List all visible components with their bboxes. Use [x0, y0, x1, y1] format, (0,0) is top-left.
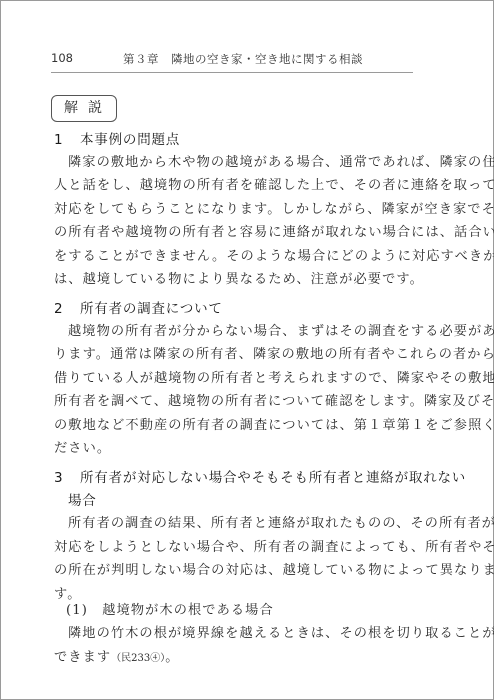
subsection-heading: (1) 越境物が木の根である場合 [66, 601, 274, 621]
statute-citation: （民233④） [111, 653, 165, 664]
section-title: 本事例の問題点 [80, 132, 180, 148]
section-title: 所有者が対応しない場合やそもそも所有者と連絡が取れない [80, 470, 466, 486]
paragraph-line: 隣家の敷地から木や物の越境がある場合、通常であれば、隣家の住 [68, 153, 494, 173]
section-heading-1: 1本事例の問題点 [54, 130, 180, 150]
paragraph-line: ださい。 [54, 439, 111, 459]
paragraph-text: できます [54, 650, 111, 665]
section-heading-2: 2所有者の調査について [54, 299, 223, 319]
subsection-number: (1) [66, 603, 88, 618]
section-number: 3 [54, 468, 80, 488]
section-number: 1 [54, 130, 80, 150]
paragraph-line: の所在が判明しない場合の対応は、越境している物によって異なりま [54, 561, 494, 581]
header-rule [51, 72, 413, 73]
section-heading-3: 3所有者が対応しない場合やそもそも所有者と連絡が取れない [54, 468, 466, 488]
subsection-title: 越境物が木の根である場合 [102, 603, 273, 618]
paragraph-line: 借りている人が越境物の所有者と考えられますので、隣家やその敷地 [54, 369, 494, 389]
page-number: 108 [51, 51, 73, 65]
paragraph-line: 対応をしようとしない場合や、所有者の調査によっても、所有者やそ [54, 538, 494, 558]
paragraph-line: できます（民233④）。 [54, 648, 180, 668]
section-heading-3-continued: 場合 [68, 491, 97, 511]
paragraph-line: 隣地の竹木の根が境界線を越えるときは、その根を切り取ることが [68, 624, 494, 644]
document-page: 108 第３章 隣地の空き家・空き地に関する相談 解説 1本事例の問題点 隣家の… [0, 0, 494, 700]
paragraph-line: 対応をしてもらうことになります。しかしながら、隣家が空き家でそ [54, 200, 494, 220]
section-label-box: 解説 [51, 95, 117, 122]
paragraph-line: 所有者の調査の結果、所有者と連絡が取れたものの、その所有者が [68, 514, 494, 534]
paragraph-line: 所有者を調べて、越境物の所有者について確認をします。隣家及びそ [54, 392, 494, 412]
paragraph-line: 越境物の所有者が分からない場合、まずはその調査をする必要があ [68, 322, 494, 342]
paragraph-line: は、越境している物により異なるため、注意が必要です。 [54, 270, 424, 290]
paragraph-line: の敷地など不動産の所有者の調査については、第１章第１をご参照く [54, 416, 494, 436]
paragraph-line: 人と話をし、越境物の所有者を確認した上で、その者に連絡を取って [54, 176, 494, 196]
paragraph-line: ります。通常は隣家の所有者、隣家の敷地の所有者やこれらの者から [54, 345, 494, 365]
section-number: 2 [54, 299, 80, 319]
paragraph-line: をすることができません。そのような場合にどのように対応すべきか [54, 247, 494, 267]
running-header: 108 第３章 隣地の空き家・空き地に関する相談 [51, 51, 413, 71]
section-title: 所有者の調査について [80, 301, 223, 317]
paragraph-line: の所有者や越境物の所有者と容易に連絡が取れない場合には、話合い [54, 223, 494, 243]
chapter-title: 第３章 隣地の空き家・空き地に関する相談 [123, 51, 363, 67]
sentence-end: 。 [165, 650, 179, 665]
